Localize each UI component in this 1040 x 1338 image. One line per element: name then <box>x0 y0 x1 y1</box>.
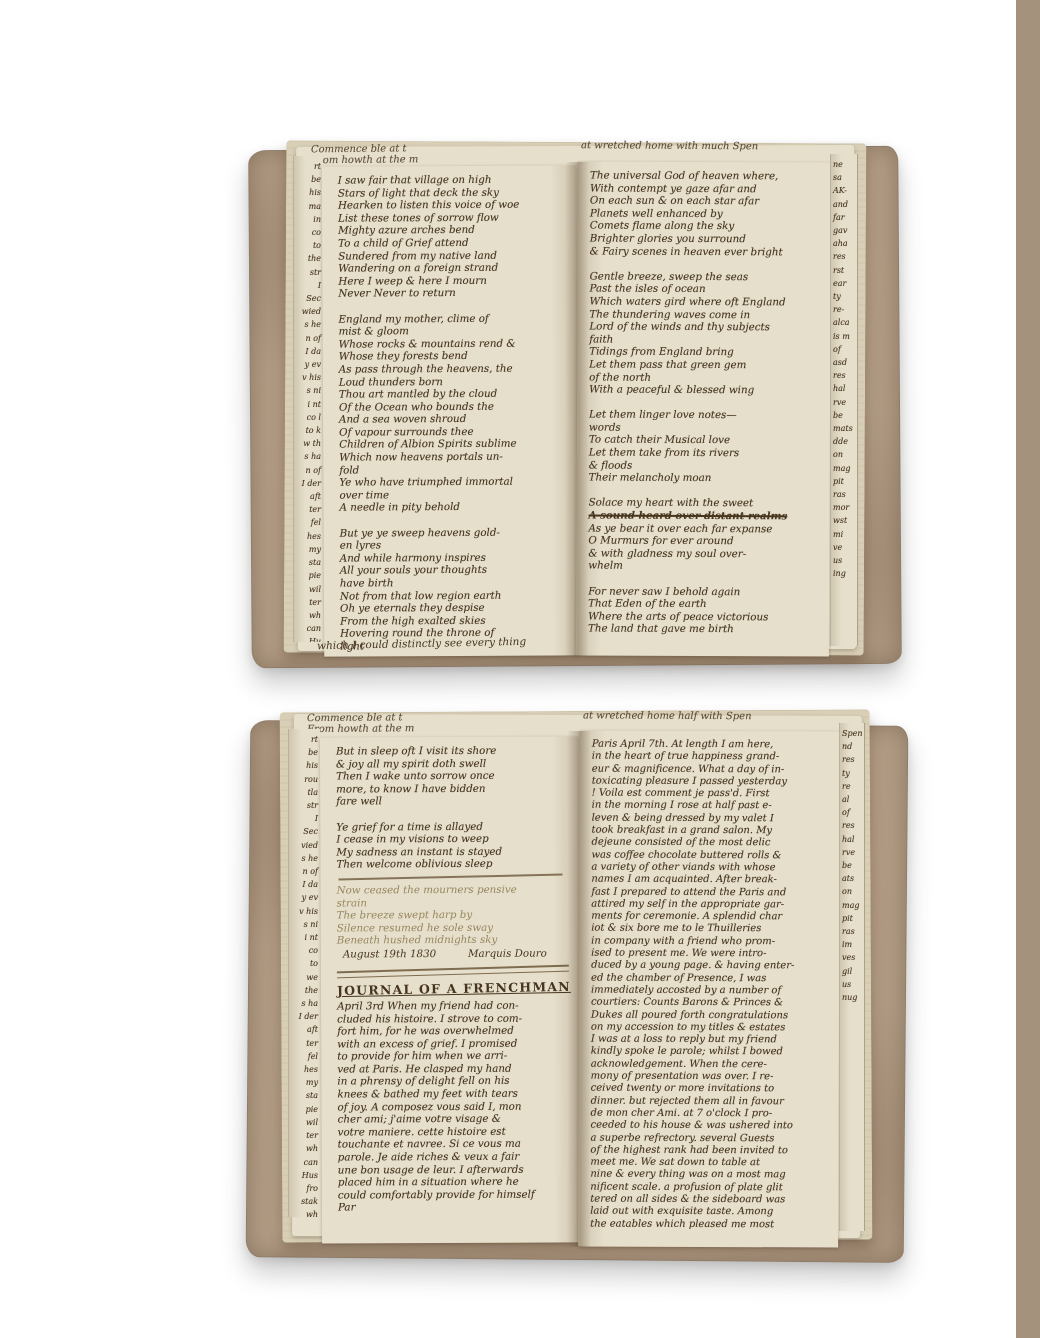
faded-poem-text: Now ceased the mourners pensive strain T… <box>337 883 573 947</box>
page-footer-word: Par <box>338 1201 574 1215</box>
underpage-text-column-right: Spen nd res ty re al of res hal rve be a… <box>839 723 865 1231</box>
journal-prose-text: Paris April 7th. At length I am here, in… <box>590 739 834 1232</box>
underpage-text-column-left: rt be his ma in co to the str I Sec wied… <box>293 156 323 642</box>
photo-open-book-top: Commence ble at t From howth at the m at… <box>245 140 905 685</box>
underpage-cut-line-right: at wretched home half with Spen <box>583 710 839 732</box>
photo-open-book-bottom: Commence ble at t From howth at the m at… <box>243 711 911 1269</box>
underpage-text-column-left: rt be his rou tla str I Sec vied s he n … <box>288 729 320 1217</box>
catalog-page: { "colors": { "background": "#ffffff", "… <box>0 0 1040 1338</box>
journal-heading: JOURNAL OF A FRENCHMAN <box>337 979 573 998</box>
signature-text: Marquis Douro <box>468 946 547 960</box>
underpage-text-column-right: ne sa AK- and far gav aha res rst ear ty… <box>830 154 858 646</box>
date-row: August 19th 1830 Marquis Douro <box>337 946 573 961</box>
date-text: August 19th 1830 <box>343 947 436 961</box>
underpage-cut-line-left: Commence ble at t From howth at the m <box>307 711 569 736</box>
manuscript-page-left: I saw fair that village on high Stars of… <box>322 165 579 656</box>
hand-drawn-double-rule <box>337 965 569 979</box>
poem-text: But in sleep oft I visit its shore & joy… <box>336 744 573 871</box>
right-edge-stripe <box>1016 0 1040 1338</box>
manuscript-page-left: But in sleep oft I visit its shore & joy… <box>320 736 580 1243</box>
manuscript-page-right: The universal God of heaven where, With … <box>576 161 831 656</box>
journal-prose-text: April 3rd When my friend had con- cluded… <box>337 999 574 1202</box>
poem-text-right-a: The universal God of heaven where, With … <box>589 170 825 511</box>
hand-drawn-rule <box>339 873 563 880</box>
manuscript-page-right: Paris April 7th. At length I am here, in… <box>578 731 840 1248</box>
struck-through-line: A sound heard over distant realms <box>589 510 824 524</box>
underpage-cut-line-right: at wretched home with much Spen <box>581 140 833 163</box>
poem-text-left: I saw fair that village on high Stars of… <box>338 173 573 653</box>
poem-text-right-b: As ye bear it over each far expanse O Mu… <box>588 522 823 636</box>
underpage-cut-line-left: Commence ble at t From howth at the m <box>311 142 569 168</box>
